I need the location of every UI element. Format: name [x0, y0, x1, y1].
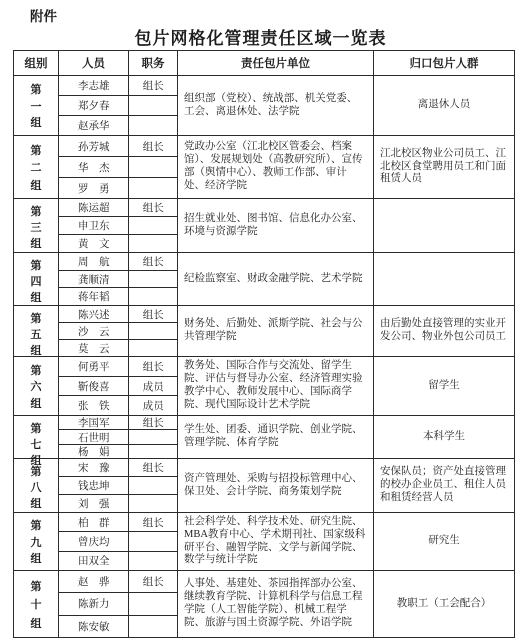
member-role — [128, 340, 177, 356]
member-name: 赵承华 — [59, 116, 128, 135]
population-cell: 江北校区物业公司员工、江北校区食堂聘用员工和门面租赁人员 — [373, 136, 514, 198]
member-name: 柏 群 — [59, 513, 128, 531]
member-role: 组长 — [128, 357, 177, 376]
group-label-char: 第 — [31, 420, 42, 436]
table-row: 第一组李志雄组长郑夕春赵承华组织部（党校）、统战部、机关党委、工会、离退休处、法… — [14, 75, 514, 135]
group-label-char: 第 — [31, 257, 42, 273]
member-role — [128, 477, 177, 494]
group-label-char: 组 — [31, 235, 42, 251]
units-cell: 教务处、国际合作与交流处、留学生院、评估与督导办公室、经济管理实验教学中心、教师… — [177, 357, 373, 415]
members-cell: 李国军组长石世明杨 娟 — [58, 416, 177, 458]
member-row: 陈运超组长 — [59, 199, 177, 216]
member-row: 张 铁成员 — [59, 395, 177, 415]
table-row: 第八组宋 豫组长钱忠坤刘 强资产管理处、采购与招投标管理中心、保卫处、会计学院、… — [14, 458, 514, 512]
group-label: 第四组 — [14, 253, 58, 305]
header-population: 归口包片人群 — [373, 51, 514, 75]
units-cell: 组织部（党校）、统战部、机关党委、工会、离退休处、法学院 — [177, 76, 373, 135]
members-cell: 宋 豫组长钱忠坤刘 强 — [58, 459, 177, 512]
member-name: 杨 娟 — [59, 445, 128, 458]
group-label: 第二组 — [14, 136, 58, 198]
table-row: 第三组陈运超组长申卫东黄 文招生就业处、图书馆、信息化办公室、环境与资源学院 — [14, 198, 514, 252]
member-name: 周 航 — [59, 253, 128, 270]
group-label: 第六组 — [14, 357, 58, 415]
member-role — [128, 593, 177, 614]
member-role: 成员 — [128, 396, 177, 415]
page-title: 包片网格化管理责任区域一览表 — [0, 24, 521, 49]
member-name: 龚顺清 — [59, 271, 128, 288]
member-name: 申卫东 — [59, 217, 128, 234]
member-row: 蒋年韬 — [59, 287, 177, 305]
units-cell: 社会科学处、科学技术处、研究生院、MBA教育中心、学术期刊社、国家级科研平台、融… — [177, 513, 373, 570]
member-row: 龚顺清 — [59, 270, 177, 288]
population-cell — [373, 253, 514, 305]
table-row: 第五组陈兴述组长沙 云莫 云财务处、后勤处、派斯学院、社会与公共管理学院由后勤处… — [14, 305, 514, 356]
group-label-char: 七 — [31, 436, 42, 452]
members-cell: 赵 骅组长陈新力陈安敏 — [58, 571, 177, 637]
responsibility-table: 组别 人员 职务 责任包片单位 归口包片人群 第一组李志雄组长郑夕春赵承华组织部… — [13, 50, 515, 638]
member-role: 组长 — [128, 416, 177, 429]
header-units: 责任包片单位 — [177, 51, 373, 75]
group-label: 第五组 — [14, 306, 58, 356]
member-name: 靳俊喜 — [59, 377, 128, 396]
header-group: 组别 — [14, 51, 58, 75]
member-row: 杨 娟 — [59, 444, 177, 458]
member-role — [128, 552, 177, 570]
group-label-char: 组 — [31, 342, 42, 358]
table-row: 第二组孙芳城组长华 杰罗 勇党政办公室（江北校区管委会、档案馆）、发展规划处（高… — [14, 135, 514, 198]
attachment-label: 附件 — [30, 5, 57, 25]
member-row: 田双全 — [59, 551, 177, 570]
group-label-char: 八 — [31, 479, 42, 495]
member-role — [128, 288, 177, 305]
member-name: 陈安敏 — [59, 616, 128, 637]
table-row: 第九组柏 群组长曾庆均田双全社会科学处、科学技术处、研究生院、MBA教育中心、学… — [14, 512, 514, 570]
group-label: 第十组 — [14, 571, 58, 637]
member-row: 黄 文 — [59, 234, 177, 252]
members-cell: 孙芳城组长华 杰罗 勇 — [58, 136, 177, 198]
group-label-char: 组 — [31, 615, 42, 631]
member-role — [128, 445, 177, 458]
group-label-char: 组 — [31, 114, 42, 130]
units-cell: 招生就业处、图书馆、信息化办公室、环境与资源学院 — [177, 199, 373, 252]
population-cell: 研究生 — [373, 513, 514, 570]
group-label: 第九组 — [14, 513, 58, 570]
member-row: 周 航组长 — [59, 253, 177, 270]
member-row: 华 杰 — [59, 156, 177, 177]
member-row: 罗 勇 — [59, 177, 177, 198]
group-label: 第七组 — [14, 416, 58, 458]
header-position: 职务 — [128, 51, 177, 75]
group-label-char: 九 — [31, 534, 42, 550]
units-cell: 党政办公室（江北校区管委会、档案馆）、发展规划处（高教研究所）、宣传部（舆情中心… — [177, 136, 373, 198]
member-row: 李志雄组长 — [59, 76, 177, 95]
member-role: 组长 — [128, 571, 177, 592]
member-row: 刘 强 — [59, 494, 177, 512]
member-role — [128, 116, 177, 135]
group-label-char: 第 — [31, 203, 42, 219]
group-label-char: 第 — [31, 578, 42, 594]
member-name: 黄 文 — [59, 235, 128, 252]
members-cell: 李志雄组长郑夕春赵承华 — [58, 76, 177, 135]
population-cell: 留学生 — [373, 357, 514, 415]
member-name: 宋 豫 — [59, 459, 128, 476]
table-row: 第四组周 航组长龚顺清蒋年韬纪检监察室、财政金融学院、艺术学院 — [14, 252, 514, 305]
member-role: 组长 — [128, 253, 177, 270]
population-cell: 离退休人员 — [373, 76, 514, 135]
member-role — [128, 430, 177, 443]
member-row: 曾庆均 — [59, 531, 177, 550]
member-row: 石世明 — [59, 429, 177, 443]
group-label-char: 第 — [31, 81, 42, 97]
table-body: 第一组李志雄组长郑夕春赵承华组织部（党校）、统战部、机关党委、工会、离退休处、法… — [14, 75, 514, 637]
member-role: 组长 — [128, 136, 177, 156]
member-role — [128, 217, 177, 234]
group-label-char: 五 — [31, 326, 42, 342]
member-row: 陈兴述组长 — [59, 306, 177, 322]
member-row: 靳俊喜成员 — [59, 376, 177, 396]
member-row: 柏 群组长 — [59, 513, 177, 531]
member-name: 陈运超 — [59, 199, 128, 216]
member-role: 组长 — [128, 459, 177, 476]
group-label-char: 第 — [31, 310, 42, 326]
member-name: 钱忠坤 — [59, 477, 128, 494]
member-role — [128, 323, 177, 339]
units-cell: 纪检监察室、财政金融学院、艺术学院 — [177, 253, 373, 305]
member-name: 郑夕春 — [59, 96, 128, 115]
group-label: 第三组 — [14, 199, 58, 252]
member-role: 组长 — [128, 306, 177, 322]
population-cell: 教职工（工会配合） — [373, 571, 514, 637]
group-label-char: 六 — [31, 378, 42, 394]
group-label-char: 组 — [31, 550, 42, 566]
member-row: 赵承华 — [59, 115, 177, 135]
member-name: 何勇平 — [59, 357, 128, 376]
table-row: 第七组李国军组长石世明杨 娟学生处、团委、通识学院、创业学院、管理学院、体育学院… — [14, 415, 514, 458]
member-row: 赵 骅组长 — [59, 571, 177, 592]
member-name: 石世明 — [59, 430, 128, 443]
units-cell: 资产管理处、采购与招投标管理中心、保卫处、会计学院、商务策划学院 — [177, 459, 373, 512]
member-role: 组长 — [128, 76, 177, 95]
population-cell: 安保队员；资产处直接管理的校办企业员工、租住人员和租赁经营人员 — [373, 459, 514, 512]
units-cell: 学生处、团委、通识学院、创业学院、管理学院、体育学院 — [177, 416, 373, 458]
member-row: 陈新力 — [59, 592, 177, 614]
member-row: 莫 云 — [59, 339, 177, 356]
group-label-char: 三 — [31, 219, 42, 235]
group-label-char: 十 — [31, 596, 42, 612]
group-label-char: 组 — [31, 495, 42, 511]
member-name: 孙芳城 — [59, 136, 128, 156]
member-row: 申卫东 — [59, 216, 177, 234]
member-name: 李志雄 — [59, 76, 128, 95]
members-cell: 陈运超组长申卫东黄 文 — [58, 199, 177, 252]
member-name: 陈新力 — [59, 593, 128, 614]
table-header-row: 组别 人员 职务 责任包片单位 归口包片人群 — [14, 51, 514, 75]
population-cell: 由后勤处直接管理的实业开发公司、物业外包公司员工 — [373, 306, 514, 356]
units-cell: 人事处、基建处、茶园指挥部办公室、继续教育学院、计算机科学与信息工程学院（人工智… — [177, 571, 373, 637]
member-row: 孙芳城组长 — [59, 136, 177, 156]
group-label-char: 组 — [31, 395, 42, 411]
group-label-char: 组 — [31, 177, 42, 193]
group-label-char: 四 — [31, 273, 42, 289]
member-role — [128, 96, 177, 115]
group-label-char: 二 — [31, 159, 42, 175]
population-cell: 本科学生 — [373, 416, 514, 458]
member-role: 组长 — [128, 199, 177, 216]
header-personnel: 人员 — [58, 51, 128, 75]
member-row: 沙 云 — [59, 322, 177, 339]
member-name: 张 铁 — [59, 396, 128, 415]
member-name: 华 杰 — [59, 157, 128, 177]
member-row: 陈安敏 — [59, 615, 177, 637]
member-row: 何勇平组长 — [59, 357, 177, 376]
member-role — [128, 495, 177, 512]
member-name: 李国军 — [59, 416, 128, 429]
member-role — [128, 271, 177, 288]
group-label-char: 第 — [31, 463, 42, 479]
members-cell: 陈兴述组长沙 云莫 云 — [58, 306, 177, 356]
member-name: 莫 云 — [59, 340, 128, 356]
member-role — [128, 616, 177, 637]
group-label-char: 第 — [31, 517, 42, 533]
members-cell: 周 航组长龚顺清蒋年韬 — [58, 253, 177, 305]
table-row: 第十组赵 骅组长陈新力陈安敏人事处、基建处、茶园指挥部办公室、继续教育学院、计算… — [14, 570, 514, 637]
member-name: 陈兴述 — [59, 306, 128, 322]
member-name: 赵 骅 — [59, 571, 128, 592]
member-name: 田双全 — [59, 552, 128, 570]
member-row: 李国军组长 — [59, 416, 177, 429]
group-label-char: 第 — [31, 362, 42, 378]
member-row: 宋 豫组长 — [59, 459, 177, 476]
member-role — [128, 178, 177, 198]
member-role: 成员 — [128, 377, 177, 396]
group-label-char: 第 — [31, 142, 42, 158]
member-name: 蒋年韬 — [59, 288, 128, 305]
member-row: 郑夕春 — [59, 95, 177, 115]
member-role — [128, 532, 177, 550]
members-cell: 柏 群组长曾庆均田双全 — [58, 513, 177, 570]
document-page: 附件 包片网格化管理责任区域一览表 组别 人员 职务 责任包片单位 归口包片人群… — [0, 0, 521, 642]
group-label: 第一组 — [14, 76, 58, 135]
member-role: 组长 — [128, 513, 177, 531]
member-row: 钱忠坤 — [59, 476, 177, 494]
group-label: 第八组 — [14, 459, 58, 512]
group-label-char: 一 — [31, 98, 42, 114]
units-cell: 财务处、后勤处、派斯学院、社会与公共管理学院 — [177, 306, 373, 356]
member-role — [128, 157, 177, 177]
member-role — [128, 235, 177, 252]
member-name: 罗 勇 — [59, 178, 128, 198]
table-row: 第六组何勇平组长靳俊喜成员张 铁成员教务处、国际合作与交流处、留学生院、评估与督… — [14, 356, 514, 415]
member-name: 沙 云 — [59, 323, 128, 339]
member-name: 曾庆均 — [59, 532, 128, 550]
members-cell: 何勇平组长靳俊喜成员张 铁成员 — [58, 357, 177, 415]
population-cell — [373, 199, 514, 252]
member-name: 刘 强 — [59, 495, 128, 512]
group-label-char: 组 — [31, 289, 42, 305]
